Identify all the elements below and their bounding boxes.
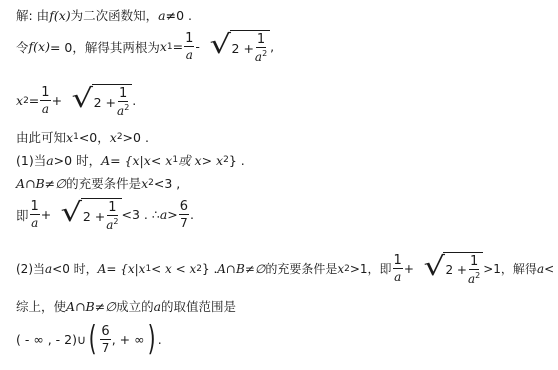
set-expression: A∩B≠∅ [66,299,116,314]
denominator: 7 [102,340,110,354]
text: 即 [16,206,29,224]
text: = {x|x [106,262,145,276]
text: , [270,39,274,54]
fraction: 67 [179,200,189,229]
text: 为二次函数知， [71,6,159,24]
fraction: 1a [30,200,40,229]
left-paren-icon: ( [89,322,97,356]
text: + [41,207,51,222]
set-A: A [98,262,107,276]
text: = [29,93,39,108]
sqrt: √2 + 1a2 [426,252,483,285]
radical-icon: √ [61,198,83,231]
text: - [195,39,200,54]
var-a: a [158,8,165,23]
var-a: a [154,299,161,314]
text: >0 . [123,130,149,145]
solution-line-4: 由此可知 x1 <0， x2 >0 . [16,128,149,146]
solution-line-7: 即 1a + √2 + 1a2 <3 . ∴ a > 67 . [16,198,194,231]
text: 2 + [445,263,467,277]
superscript: 2 [113,217,118,226]
radical-icon: √ [72,84,94,117]
var-x: x [337,262,344,276]
numerator: 1 [469,255,479,270]
text: 的充要条件是 [66,174,141,192]
denominator: a [186,47,193,61]
text: 由此可知 [16,128,66,146]
solution-line-2: 令 f(x) = 0，解得其两根为 x1 = 1a - √2 + 1a2 , [16,30,274,63]
text: < x < x [151,262,196,276]
numerator: 1 [118,87,128,102]
fraction: 1a [184,32,194,61]
set-A: A [101,153,110,168]
sqrt: √2 + 1a2 [63,198,121,231]
function-fx: f(x) [49,8,70,23]
fraction: 1a [393,254,403,283]
set-expression: A∩B≠∅ [16,176,66,191]
text: <3 , [154,176,180,191]
text: 的充要条件是 [265,260,337,277]
set-expression: A∩B≠∅ [217,262,265,276]
fraction: 1a2 [468,255,480,285]
fraction: 67 [100,325,110,354]
superscript: 2 [475,271,480,280]
var-a: a [45,262,52,276]
text: >1，解得 [483,260,537,277]
denominator: a [42,101,49,115]
numerator: 1 [40,86,50,101]
solution-line-3: x2 = 1a + √2 + 1a2 . [16,84,136,117]
text: < - 2 . [544,262,558,276]
text: 2 + [83,209,105,224]
sqrt: √2 + 1a2 [74,84,132,117]
denominator: a [31,215,38,229]
text: >0 时， [54,151,101,169]
numerator: 1 [30,200,40,215]
text: = 0，解得其两根为 [50,38,160,56]
fraction: 1a [40,86,50,115]
text: > [167,207,177,222]
solution-line-1: 解: 由 f(x) 为二次函数知， a ≠0 . [16,6,192,24]
var-x: x [110,130,117,145]
text: <0， [79,128,110,146]
numerator: 6 [179,200,189,215]
function-fx: f(x) [29,39,50,54]
radical-icon: √ [209,30,231,63]
numerator: 1 [256,33,266,48]
var-a: a [537,262,544,276]
fraction: 1a2 [106,201,118,231]
radical-icon: √ [423,252,445,285]
text: (2)当 [16,260,45,277]
text: = {x|x< x [110,153,172,168]
numerator: 6 [100,325,110,340]
text: + [404,262,414,276]
denominator: a [394,269,401,283]
text: 解: 由 [16,6,49,24]
solution-line-9: 综上，使 A∩B≠∅ 成立的 a 的取值范围是 [16,297,236,315]
text: . [132,93,136,108]
text: <3 . ∴ [122,207,160,222]
text: 2 + [232,41,254,56]
superscript: 2 [262,49,267,58]
var-x: x [66,130,73,145]
text: 的取值范围是 [161,297,236,315]
text: . [158,332,162,347]
denominator: 7 [180,215,188,229]
solution-line-6: A∩B≠∅ 的充要条件是 x2 <3 , [16,174,180,192]
text: } . [202,262,217,276]
text: 令 [16,38,29,56]
numerator: 1 [393,254,403,269]
solution-line-10: ( - ∞ , - 2)∪ ( 67 , + ∞ ) . [16,322,162,356]
sqrt: √2 + 1a2 [212,30,270,63]
denominator: a [255,50,262,64]
superscript: 2 [124,103,129,112]
text: ( - ∞ , - 2)∪ [16,332,86,347]
text: = [173,39,183,54]
text: + [52,93,62,108]
text: <0 时， [52,260,98,277]
fraction: 1a2 [255,33,267,63]
numerator: 1 [184,32,194,47]
text: (1)当 [16,151,46,169]
var-x: x [141,176,148,191]
text: 综上，使 [16,297,66,315]
var-a: a [46,153,53,168]
solution-line-8: (2)当 a <0 时， A = {x|x1 < x < x2 } . A∩B≠… [16,252,558,285]
solution-line-5: (1)当 a >0 时， A = {x|x< x1 或 x> x2 } . [16,151,245,169]
text: ≠0 . [166,8,192,23]
text: 成立的 [116,297,154,315]
var-x: x [16,93,23,108]
text: >1，即 [350,260,392,277]
var-x: x [160,39,167,54]
right-paren-icon: ) [147,322,155,356]
var-a: a [160,207,167,222]
text: . [190,207,194,222]
numerator: 1 [107,201,117,216]
text: } . [229,153,245,168]
fraction: 1a2 [117,87,129,117]
text: 或 x> x [178,151,223,169]
text: 2 + [94,95,116,110]
text: , + ∞ [112,332,145,347]
